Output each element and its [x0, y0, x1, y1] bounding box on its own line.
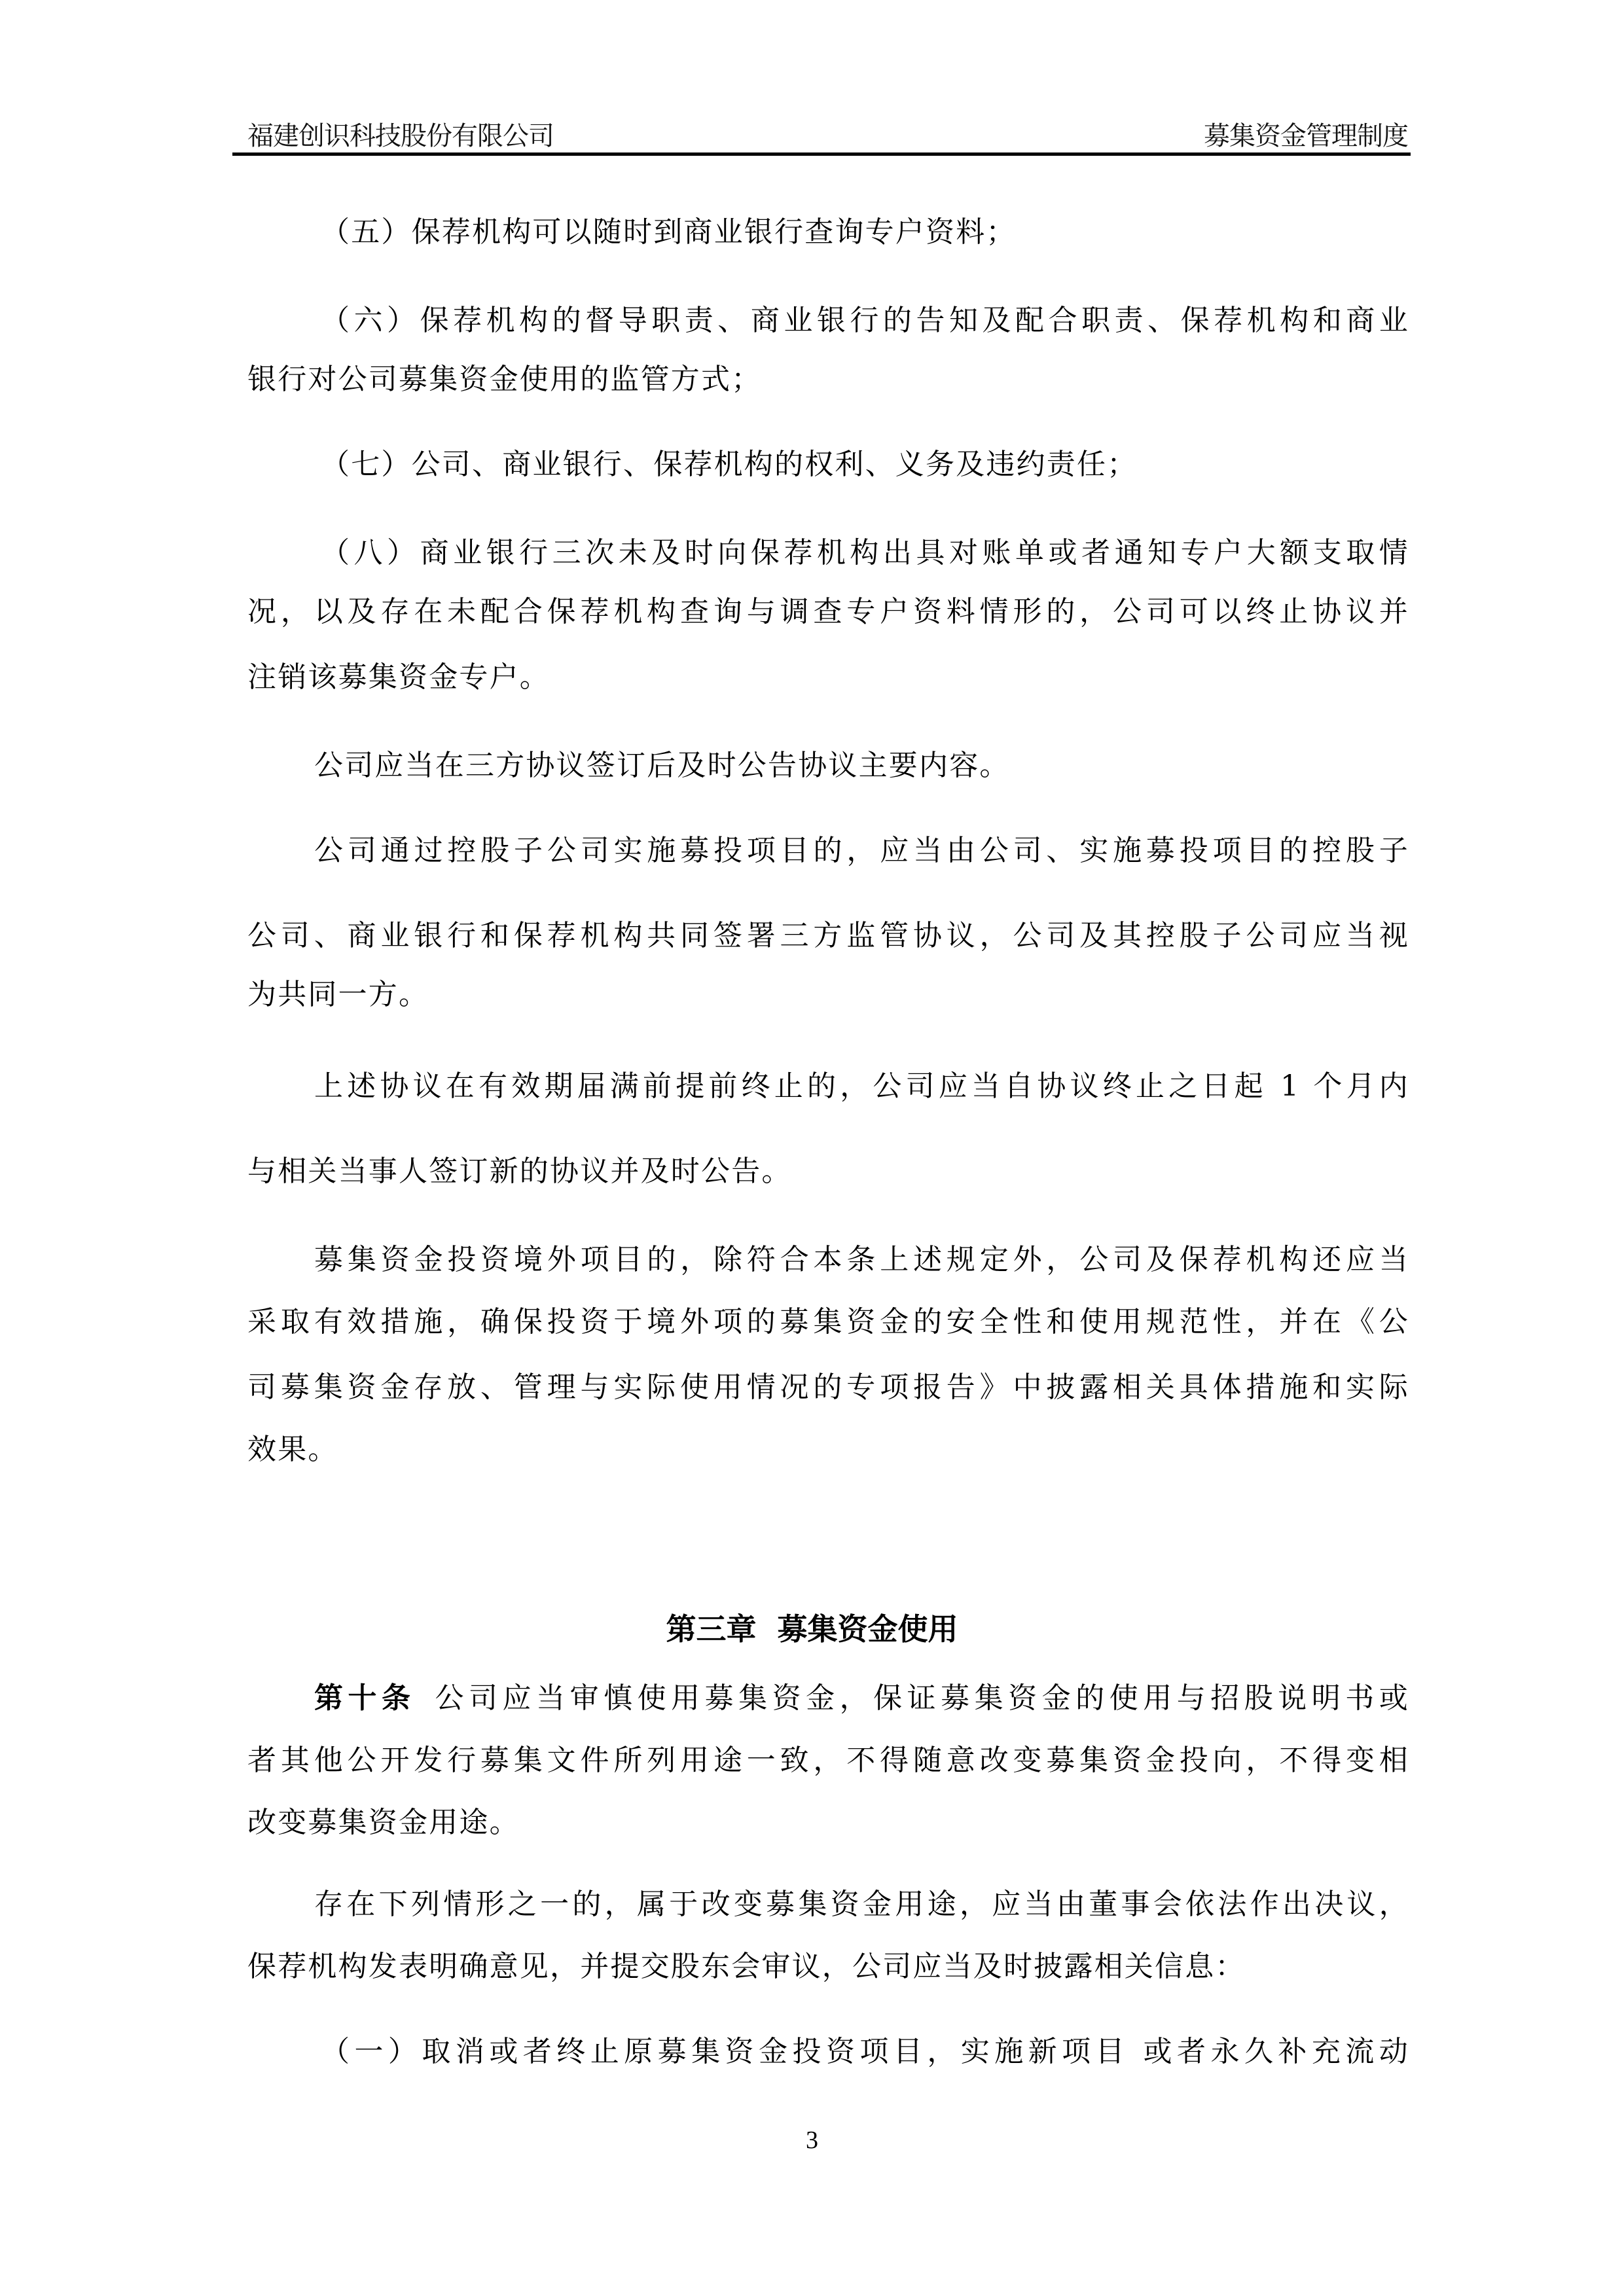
list-item-5: （五）保荐机构可以随时到商业银行查询专户资料；	[321, 213, 1483, 252]
header-divider	[232, 152, 1411, 156]
paragraph-overseas-line-1: 募集资金投资境外项目的，除符合本条上述规定外，公司及保荐机构还应当	[314, 1240, 1409, 1280]
paragraph-subsidiary-line-1: 公司通过控股子公司实施募投项目的，应当由公司、实施募投项目的控股子	[314, 831, 1409, 870]
paragraph-subsidiary-line-2: 公司、商业银行和保荐机构共同签署三方监管协议，公司及其控股子公司应当视	[247, 916, 1409, 956]
chapter-title: 第三章 募集资金使用	[0, 1609, 1624, 1649]
list-item-8-line-2: 况，以及存在未配合保荐机构查询与调查专户资料情形的，公司可以终止协议并	[247, 592, 1409, 632]
paragraph-termination-line-1: 上述协议在有效期届满前提前终止的，公司应当自协议终止之日起 1 个月内	[314, 1067, 1409, 1106]
list-item-6-line-2: 银行对公司募集资金使用的监管方式；	[247, 360, 1409, 399]
paragraph-termination-line-2: 与相关当事人签订新的协议并及时公告。	[247, 1152, 1409, 1191]
paragraph-overseas-line-3: 司募集资金存放、管理与实际使用情况的专项报告》中披露相关具体措施和实际	[247, 1368, 1409, 1407]
change-list-item-1: （一）取消或者终止原募集资金投资项目，实施新项目 或者永久补充流动	[321, 2032, 1409, 2072]
paragraph-overseas-line-2: 采取有效措施，确保投资于境外项的募集资金的安全性和使用规范性，并在《公	[247, 1302, 1409, 1342]
list-item-6-line-1: （六）保荐机构的督导职责、商业银行的告知及配合职责、保荐机构和商业	[321, 301, 1409, 340]
article-10-text: 公司应当审慎使用募集资金，保证募集资金的使用与招股说明书或	[435, 1681, 1409, 1715]
header-document-title: 募集资金管理制度	[1204, 118, 1408, 154]
page-number: 3	[0, 2124, 1624, 2157]
article-10-line-2: 者其他公开发行募集文件所列用途一致，不得随意改变募集资金投向，不得变相	[247, 1741, 1409, 1780]
paragraph-announce: 公司应当在三方协议签订后及时公告协议主要内容。	[314, 746, 1409, 785]
list-item-7: （七）公司、商业银行、保荐机构的权利、义务及违约责任；	[321, 445, 1483, 484]
page-header: 福建创识科技股份有限公司 募集资金管理制度	[247, 118, 1408, 157]
article-10-label: 第十条	[314, 1681, 416, 1715]
article-10-line-1: 第十条公司应当审慎使用募集资金，保证募集资金的使用与招股说明书或	[314, 1679, 1409, 1718]
list-item-8-line-1: （八）商业银行三次未及时向保荐机构出具对账单或者通知专户大额支取情	[321, 533, 1409, 573]
paragraph-change-line-2: 保荐机构发表明确意见，并提交股东会审议，公司应当及时披露相关信息：	[247, 1947, 1409, 1986]
paragraph-change-line-1: 存在下列情形之一的，属于改变募集资金用途，应当由董事会依法作出决议，	[314, 1885, 1409, 1924]
list-item-8-line-3: 注销该募集资金专户。	[247, 658, 1409, 697]
paragraph-subsidiary-line-3: 为共同一方。	[247, 975, 1409, 1014]
paragraph-overseas-line-4: 效果。	[247, 1430, 1409, 1469]
header-company-name: 福建创识科技股份有限公司	[247, 118, 554, 154]
article-10-line-3: 改变募集资金用途。	[247, 1803, 1409, 1842]
